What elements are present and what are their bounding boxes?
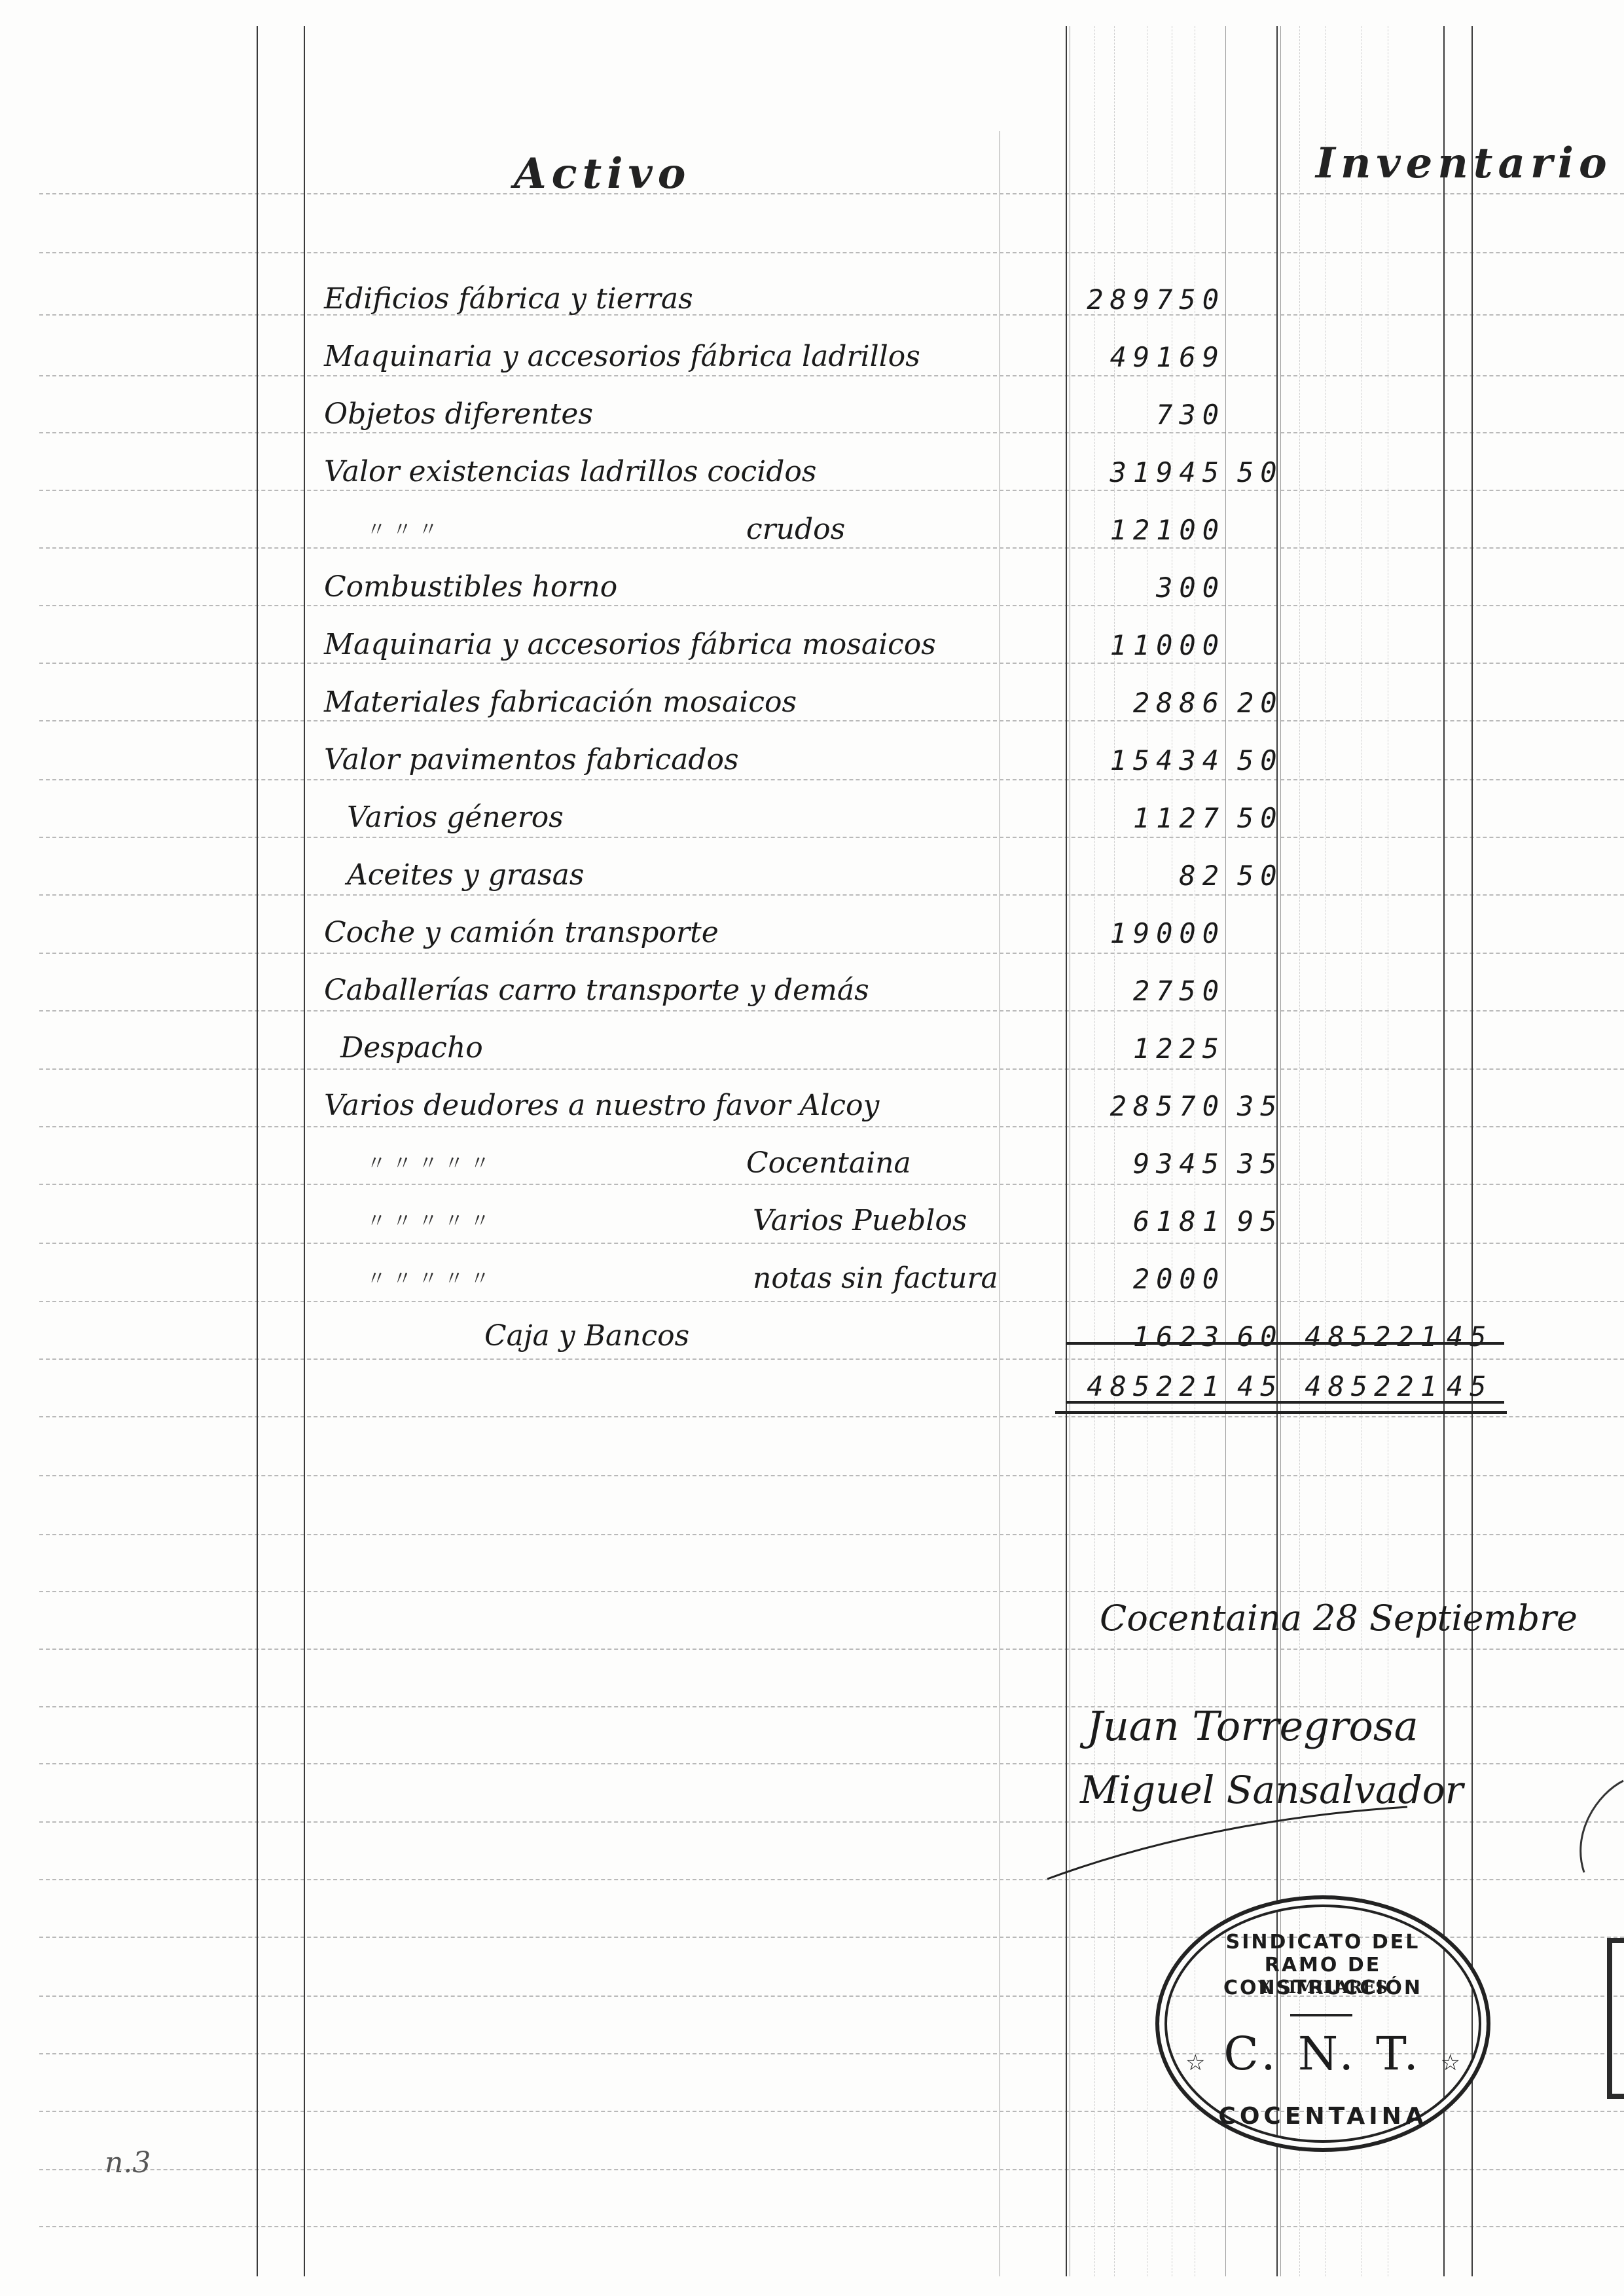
signature-partial-right (1558, 1768, 1624, 1886)
entry-description: Valor pavimentos fabricados (324, 743, 739, 776)
total-double-rule (1055, 1411, 1507, 1414)
ledger-row: Materiales fabricación mosaicos288620 (0, 665, 1624, 724)
ledger-row: Edificios fábrica y tierras289750 (0, 262, 1624, 321)
entry-description: Caja y Bancos (484, 1319, 689, 1353)
entry-amount-integer: 9345 (1133, 1148, 1225, 1180)
ditto-marks: 〃 〃 〃 〃 〃 (367, 1205, 490, 1233)
entry-amount-cents: 60 (1237, 1321, 1284, 1353)
totals-row: 485221 45 485221 45 (0, 1349, 1624, 1408)
heading-activo: Activo (514, 149, 691, 198)
entry-description: Edificios fábrica y tierras (324, 282, 693, 316)
cnt-union-stamp: SINDICATO DEL RAMO DE CONSTRUCCIÓN Y SIM… (1155, 1895, 1490, 2152)
entry-description: Materiales fabricación mosaicos (324, 685, 797, 719)
stamp-divider (1290, 2014, 1352, 2016)
entry-amount-cents: 35 (1237, 1148, 1284, 1180)
entry-amount-integer: 300 (1156, 572, 1225, 604)
ledger-row: Despacho1225 (0, 1011, 1624, 1070)
place-date: Cocentaina 28 Septiembre (1100, 1597, 1578, 1639)
entry-description: Caballerías carro transporte y demás (324, 974, 869, 1007)
entry-amount-cents: 50 (1237, 802, 1284, 834)
entry-description: Maquinaria y accesorios fábrica ladrillo… (324, 340, 920, 373)
heading-inventario: Inventario (1316, 139, 1612, 188)
ruled-line (39, 1649, 1624, 1650)
entry-amount-integer: 11000 (1110, 629, 1225, 661)
ditto-marks: 〃 〃 〃 〃 〃 (367, 1262, 490, 1291)
entry-amount-integer: 12100 (1110, 514, 1225, 546)
entry-amount-integer: 82 (1179, 860, 1225, 892)
entry-amount-integer: 1623 (1133, 1321, 1225, 1353)
ditto-marks: 〃 〃 〃 (367, 513, 438, 542)
entry-amount-integer: 28570 (1110, 1090, 1225, 1122)
entry-amount-cents: 35 (1237, 1090, 1284, 1122)
star-icon: ☆ (1441, 2050, 1460, 2076)
entry-description: Varios géneros (347, 801, 564, 834)
entry-description: Coche y camión transporte (324, 916, 719, 949)
ledger-row: Combustibles horno300 (0, 550, 1624, 609)
ruled-line (39, 1534, 1624, 1535)
entry-amount-integer: 6181 (1133, 1205, 1225, 1237)
entry-amount-integer: 19000 (1110, 917, 1225, 949)
entry-description: Maquinaria y accesorios fábrica mosaicos (324, 628, 936, 661)
ruled-line (39, 1763, 1624, 1764)
ruled-line (39, 1591, 1624, 1592)
entry-description: Combustibles horno (324, 570, 617, 604)
stamp-cnt: C. N. T. (1159, 2027, 1487, 2081)
signature-flourish (1041, 1794, 1512, 1886)
ledger-row: Coche y camión transporte19000 (0, 896, 1624, 955)
entry-amount-cents: 50 (1237, 860, 1284, 892)
ledger-row: 〃 〃 〃 〃 〃notas sin factura2000 (0, 1241, 1624, 1300)
stamp-subtitle: Y SIMILARES (1159, 1978, 1487, 1997)
entry-amount-integer: 1225 (1133, 1032, 1225, 1065)
total-left-integer: 485221 (1087, 1370, 1225, 1402)
ledger-row: Caballerías carro transporte y demás2750 (0, 953, 1624, 1012)
entry-amount-integer: 2000 (1133, 1263, 1225, 1295)
entry-amount-cents: 50 (1237, 744, 1284, 776)
entry-amount-integer: 2750 (1133, 975, 1225, 1007)
entry-amount-cents: 50 (1237, 456, 1284, 488)
ruled-line (39, 2169, 1624, 2170)
subtotal-integer: 485221 (1305, 1321, 1443, 1353)
total-left-cents: 45 (1237, 1370, 1284, 1402)
entry-description: crudos (746, 513, 845, 546)
ledger-row: Maquinaria y accesorios fábrica mosaicos… (0, 608, 1624, 666)
entry-description: Aceites y grasas (347, 858, 584, 892)
ruled-line (39, 2226, 1624, 2227)
entry-amount-cents: 20 (1237, 687, 1284, 719)
entry-amount-integer: 31945 (1110, 456, 1225, 488)
ruled-line (39, 1475, 1624, 1476)
partial-stamp-right (1607, 1938, 1624, 2099)
entry-description: Varios Pueblos (753, 1204, 967, 1237)
entry-amount-integer: 289750 (1087, 283, 1225, 316)
entry-amount-integer: 1127 (1133, 802, 1225, 834)
ledger-row: Valor pavimentos fabricados1543450 (0, 723, 1624, 782)
entry-amount-integer: 730 (1156, 399, 1225, 431)
ledger-row: Valor existencias ladrillos cocidos31945… (0, 435, 1624, 494)
ruled-line (39, 1416, 1624, 1417)
stamp-bottom-text: COCENTAINA (1159, 2103, 1487, 2130)
ruled-line (39, 193, 1624, 194)
entry-description: Objetos diferentes (324, 397, 593, 431)
star-icon: ☆ (1185, 2050, 1205, 2076)
entry-description: notas sin factura (753, 1262, 998, 1295)
ledger-row: Varios géneros112750 (0, 780, 1624, 839)
ledger-row: Maquinaria y accesorios fábrica ladrillo… (0, 319, 1624, 378)
ledger-row: 〃 〃 〃 〃 〃Cocentaina934535 (0, 1126, 1624, 1185)
total-right-integer: 485221 (1305, 1370, 1443, 1402)
subtotal-cents: 45 (1447, 1321, 1493, 1353)
entry-description: Varios deudores a nuestro favor Alcoy (324, 1089, 879, 1122)
entry-amount-integer: 49169 (1110, 341, 1225, 373)
ditto-marks: 〃 〃 〃 〃 〃 (367, 1147, 490, 1176)
entry-amount-integer: 2886 (1133, 687, 1225, 719)
entry-description: Cocentaina (746, 1146, 911, 1180)
total-right-cents: 45 (1447, 1370, 1493, 1402)
entry-amount-integer: 15434 (1110, 744, 1225, 776)
ledger-row: Varios deudores a nuestro favor Alcoy285… (0, 1068, 1624, 1127)
entry-description: Valor existencias ladrillos cocidos (324, 455, 817, 488)
signature-1: Juan Torregrosa (1087, 1702, 1418, 1750)
ledger-row: 〃 〃 〃crudos12100 (0, 492, 1624, 551)
ruled-line (39, 252, 1624, 253)
ledger-row: 〃 〃 〃 〃 〃Varios Pueblos618195 (0, 1184, 1624, 1243)
ledger-row: Objetos diferentes730 (0, 377, 1624, 436)
subtotal-rule (1066, 1342, 1504, 1345)
page-number-note: n.3 (105, 2146, 151, 2179)
entry-amount-cents: 95 (1237, 1205, 1284, 1237)
entry-description: Despacho (340, 1031, 483, 1065)
ledger-row: Aceites y grasas8250 (0, 838, 1624, 897)
